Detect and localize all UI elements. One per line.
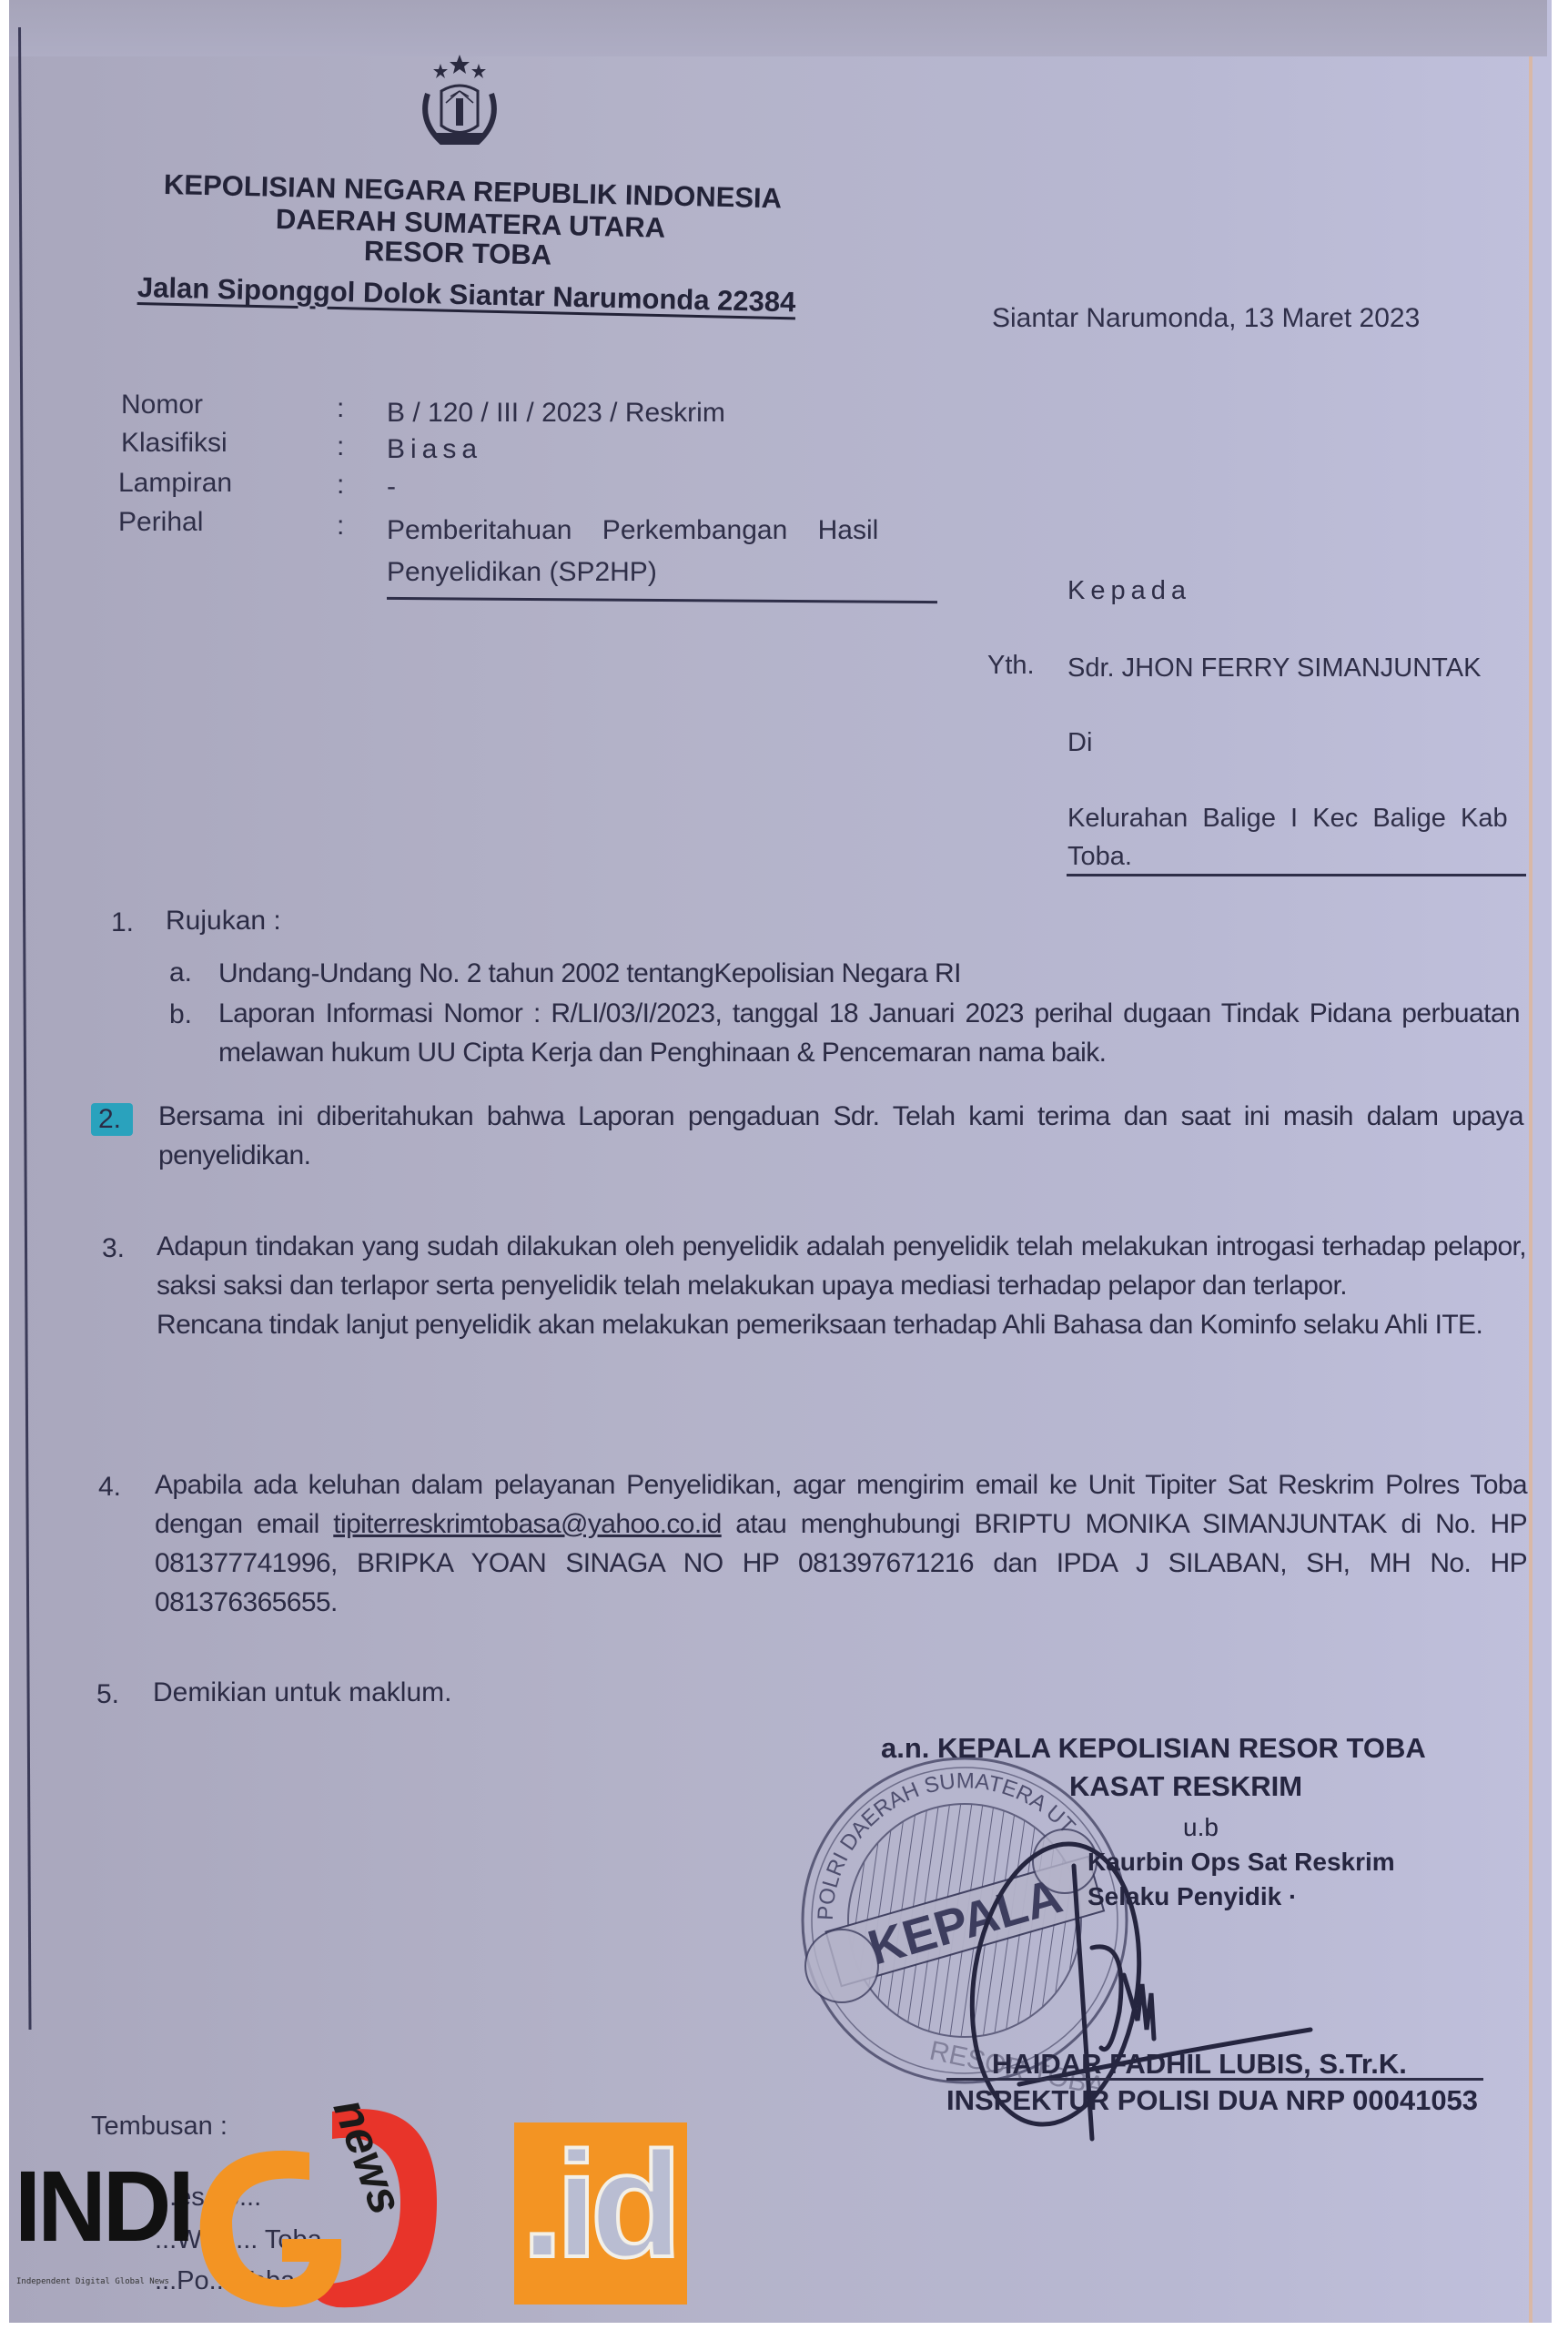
meta-value-klasifikasi: Biasa — [387, 434, 482, 465]
signature-on-behalf: a.n. KEPALA KEPOLISIAN RESOR TOBA — [881, 1732, 1426, 1765]
contact-email-link[interactable]: tipiterreskrimtobasa@yahoo.co.id — [333, 1509, 721, 1539]
meta-label-klasifikasi: Klasifiksi — [121, 428, 228, 459]
meta-value-lampiran: - — [387, 471, 396, 502]
signature-position: KASAT RESKRIM — [1069, 1770, 1302, 1803]
handwritten-signature-icon — [965, 1839, 1347, 2166]
di-label: Di — [1067, 728, 1092, 758]
meta-value-perihal-line2: Penyelidikan (SP2HP) — [387, 557, 657, 588]
recipient-address-line2: Toba. — [1067, 842, 1132, 872]
rujukan-b-text: Laporan Informasi Nomor : R/LI/03/I/2023… — [218, 994, 1520, 1072]
item-number-1: 1. — [111, 907, 134, 938]
police-crest-icon — [400, 53, 519, 153]
address-underline — [1067, 874, 1526, 876]
logo-indi-text: INDI — [15, 2157, 191, 2257]
item-2-text: Bersama ini diberitahukan bahwa Laporan … — [158, 1097, 1523, 1175]
meta-colon: : — [337, 393, 344, 424]
item-3-paragraph-2: Rencana tindak lanjut penyelidik akan me… — [157, 1310, 1482, 1340]
meta-colon: : — [337, 431, 344, 462]
letter-date: Siantar Narumonda, 13 Maret 2023 — [992, 303, 1420, 334]
item-3-text: Adapun tindakan yang sudah dilakukan ole… — [157, 1227, 1526, 1344]
meta-value-perihal: Pemberitahuan Perkembangan Hasil — [387, 515, 878, 546]
paper-top-shadow — [9, 0, 1547, 56]
logo-tagline: Independent Digital Global News — [16, 2277, 169, 2286]
meta-label-nomor: Nomor — [121, 390, 203, 420]
paper-edge — [1529, 56, 1533, 2323]
item-rujukan-title: Rujukan : — [166, 901, 712, 940]
logo-id-text: .id — [521, 2130, 674, 2280]
recipient-address-line1: Kelurahan Balige I Kec Balige Kab — [1067, 804, 1508, 834]
signatory-name: HAIDAR FADHIL LUBIS, S.Tr.K. — [992, 2048, 1407, 2081]
meta-value-nomor: B / 120 / III / 2023 / Reskrim — [387, 398, 725, 429]
logo-id-box: .id — [514, 2122, 687, 2305]
yth-label: Yth. — [987, 651, 1035, 681]
rujukan-letter-b: b. — [169, 999, 192, 1030]
kepada-label: Kepada — [1067, 576, 1191, 606]
rujukan-a-text: Undang-Undang No. 2 tahun 2002 tentangKe… — [218, 954, 1520, 993]
signatory-underline — [946, 2078, 1483, 2081]
item-number-4: 4. — [98, 1472, 121, 1503]
meta-colon: : — [337, 511, 344, 542]
meta-label-perihal: Perihal — [118, 507, 203, 538]
letterhead-line3: RESOR TOBA — [364, 235, 552, 272]
item-number-2: 2. — [98, 1104, 121, 1135]
item-number-5: 5. — [96, 1679, 119, 1710]
meta-label-lampiran: Lampiran — [118, 468, 232, 499]
rujukan-letter-a: a. — [169, 957, 192, 988]
recipient-name: Sdr. JHON FERRY SIMANJUNTAK — [1067, 653, 1481, 684]
signatory-rank: INSPEKTUR POLISI DUA NRP 00041053 — [946, 2084, 1478, 2117]
item-3-paragraph-1: Adapun tindakan yang sudah dilakukan ole… — [157, 1231, 1526, 1301]
item-number-3: 3. — [102, 1233, 125, 1264]
meta-colon: : — [337, 470, 344, 501]
item-5-text: Demikian untuk maklum. — [153, 1673, 790, 1712]
item-4-text: Apabila ada keluhan dalam pelayanan Peny… — [155, 1465, 1527, 1622]
